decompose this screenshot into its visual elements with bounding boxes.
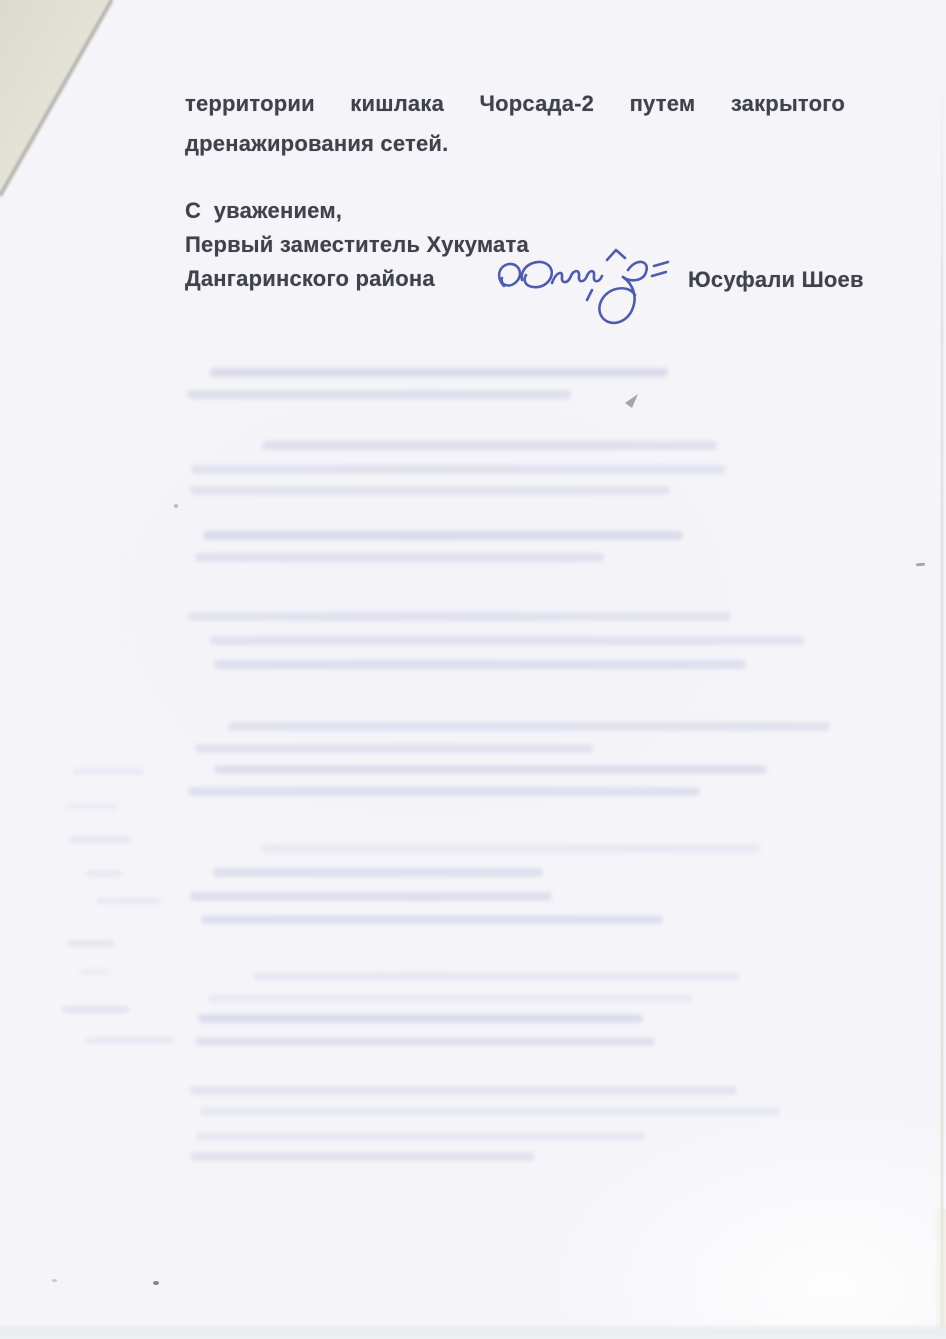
bleedthrough-line: [210, 368, 668, 377]
bleedthrough-margin-mark: [72, 768, 144, 775]
dust-speck-small: [174, 504, 178, 508]
bleedthrough-margin-mark: [69, 836, 132, 843]
bleedthrough-line: [254, 972, 739, 981]
bleedthrough-line: [195, 744, 593, 753]
bleedthrough-margin-mark: [62, 1006, 129, 1013]
bleedthrough-margin-mark: [67, 940, 114, 947]
bleedthrough-line: [188, 612, 731, 621]
bleedthrough-line: [213, 868, 543, 877]
body-word: Чорсада-2: [479, 90, 594, 117]
dust-speck: [153, 1281, 159, 1285]
bleedthrough-line: [210, 636, 803, 645]
bleedthrough-margin-mark: [86, 870, 122, 877]
signature-ink: [492, 240, 672, 340]
scan-corner-bottom-right: [934, 1209, 946, 1329]
signatory-name: Юсуфали Шоев: [688, 266, 864, 293]
bleedthrough-line: [195, 1037, 655, 1046]
body-word: кишлака: [350, 90, 444, 117]
bleedthrough-line: [262, 844, 761, 853]
bleedthrough-line: [200, 1107, 780, 1116]
page-corner-fold: [0, 0, 135, 215]
body-line-2: дренажирования сетей.: [185, 130, 448, 157]
bleedthrough-line: [190, 1086, 738, 1095]
body-word: закрытого: [731, 90, 845, 117]
body-line-1: территории кишлака Чорсада-2 путем закры…: [185, 90, 845, 117]
bleedthrough-line: [196, 1132, 646, 1141]
bleedthrough-line: [188, 787, 700, 796]
ink-dash-speck: [916, 563, 925, 567]
body-word: путем: [630, 90, 696, 117]
body-word: территории: [185, 90, 315, 117]
bleedthrough-line: [203, 531, 683, 540]
bleedthrough-line: [190, 1152, 535, 1161]
bleedthrough-line: [198, 1014, 643, 1023]
bleedthrough-line: [208, 994, 692, 1003]
signatory-title-line-1: Первый заместитель Хукумата: [185, 231, 529, 258]
signatory-title-line-2: Дангаринского района: [185, 265, 435, 292]
cursor-shaped-speck: [624, 392, 640, 410]
bleedthrough-line: [262, 441, 718, 450]
scan-right-edge: [941, 70, 943, 1339]
scanned-letter-page: территории кишлака Чорсада-2 путем закры…: [0, 0, 946, 1339]
scan-bottom-strip: [0, 1325, 946, 1339]
bleedthrough-line: [190, 486, 669, 495]
bleedthrough-line: [191, 465, 726, 474]
bleedthrough-line: [228, 722, 830, 731]
dust-speck-faint: [52, 1279, 57, 1282]
bleedthrough-line: [195, 553, 604, 562]
bleedthrough-margin-mark: [79, 968, 109, 975]
bleedthrough-line: [214, 660, 746, 669]
bleedthrough-line: [214, 765, 768, 774]
bleedthrough-margin-mark: [65, 803, 117, 810]
bleedthrough-margin-mark: [96, 897, 161, 904]
bleedthrough-line: [201, 915, 664, 924]
closing-line: С уважением,: [185, 197, 342, 224]
bleedthrough-margin-mark: [86, 1037, 173, 1044]
bleedthrough-line: [190, 892, 552, 901]
bleedthrough-line: [187, 390, 572, 399]
